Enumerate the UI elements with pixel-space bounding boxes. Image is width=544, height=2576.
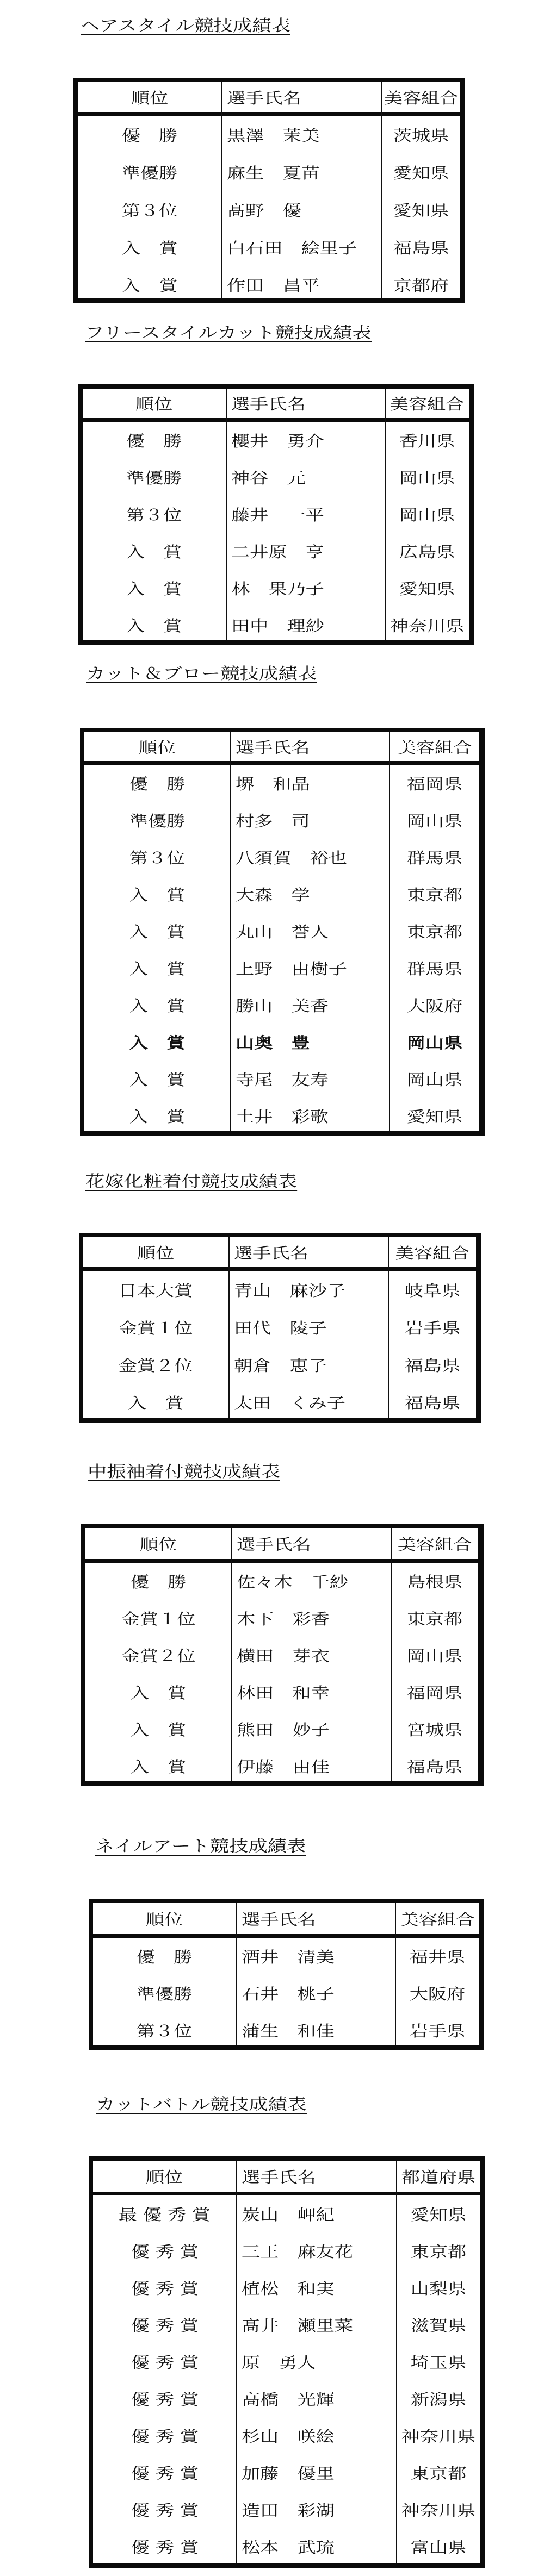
region-cell: 大阪府 [390,987,479,1024]
region-cell-text: 東京都 [407,1607,462,1629]
region-cell-text: 富山県 [411,2536,466,2558]
region-cell: 富山県 [397,2528,480,2565]
table-row: 準優勝村多 司岡山県 [84,802,479,839]
table-row: 入 賞太田 くみ子福島県 [83,1383,476,1421]
region-cell-text: 愛知県 [399,577,455,599]
rank-cell: 優 秀 賞 [93,2454,236,2491]
name-cell: 土井 彩歌 [231,1097,389,1134]
table-row: 入 賞田中 理紗神奈川県 [83,607,469,644]
rank-cell: 準優勝 [93,1975,236,2012]
region-cell-text: 大阪府 [407,994,462,1016]
region-cell: 島根県 [392,1563,478,1600]
column-divider [231,1528,232,1781]
region-cell: 愛知県 [382,153,460,191]
rank-header-text: 順位 [131,86,168,108]
name-header: 選手氏名 [222,82,381,112]
table-header-row: 順位選手氏名美容組合 [83,1237,476,1271]
rank-cell: 入 賞 [83,533,226,570]
section-title: カット＆ブロー競技成績表 [86,665,317,683]
name-cell-text: 原 勇人 [242,2351,316,2373]
rank-cell-text: 入 賞 [129,1105,185,1127]
table-row: 入 賞山奥 豊岡山県 [84,1024,479,1061]
region-cell-text: 福岡県 [407,1681,462,1703]
region-header: 都道府県 [397,2161,480,2192]
section-title: 中振袖着付競技成績表 [88,1463,280,1481]
column-divider [385,389,386,640]
table-row: 入 賞林田 和幸福岡県 [85,1674,478,1711]
rank-cell: 金賞２位 [83,1346,228,1383]
column-divider [236,1903,237,2045]
name-cell-text: 林田 和幸 [237,1681,330,1703]
region-header: 美容組合 [389,1237,476,1267]
rank-cell-text: 準優勝 [129,809,185,831]
table-row: 優 秀 賞杉山 咲絵神奈川県 [93,2417,480,2454]
region-cell: 神奈川県 [397,2417,480,2454]
table-row: 入 賞伊藤 由佳福島県 [85,1748,478,1785]
table-row: 日本大賞青山 麻沙子岐阜県 [83,1271,476,1308]
rank-cell-text: 入 賞 [131,1755,186,1777]
region-cell: 埼玉県 [397,2343,480,2380]
name-cell-text: 藤井 一平 [231,503,324,525]
rank-cell: 優 秀 賞 [93,2306,236,2343]
table-row: 優 勝佐々木 千紗島根県 [85,1563,478,1600]
rank-cell-text: 優 秀 賞 [131,2314,198,2336]
name-cell: 植松 和実 [237,2269,396,2306]
rank-cell: 優 秀 賞 [93,2269,236,2306]
name-cell-text: 櫻井 勇介 [231,429,324,451]
name-cell: 八須賀 裕也 [231,839,389,876]
rank-cell: 優 秀 賞 [93,2528,236,2565]
name-cell-text: 髙井 瀬里菜 [242,2314,353,2336]
section-title: カットバトル競技成績表 [96,2096,306,2114]
region-cell-text: 東京都 [407,920,462,942]
rank-cell-text: 優 秀 賞 [131,2462,198,2484]
table-row: 入 賞丸山 誉人東京都 [84,913,479,950]
name-cell: 佐々木 千紗 [232,1563,391,1600]
section-title: ネイルアート競技成績表 [95,1838,306,1856]
region-cell-text: 宮城県 [407,1718,462,1740]
rank-cell-text: 第３位 [122,199,177,221]
region-cell-text: 群馬県 [407,846,462,868]
region-header-text: 美容組合 [395,1242,470,1263]
name-cell: 原 勇人 [237,2343,396,2380]
table-header-row: 順位選手氏名都道府県 [93,2161,480,2195]
name-cell-text: 三王 麻友花 [242,2240,353,2262]
region-cell-text: 愛知県 [393,199,449,221]
name-header-text: 選手氏名 [234,1242,308,1263]
rank-cell: 入 賞 [85,1711,231,1748]
region-cell: 岡山県 [390,1061,479,1097]
rank-header: 順位 [84,732,230,761]
table-row: 金賞１位田代 陵子岩手県 [83,1308,476,1346]
region-cell: 愛知県 [390,1097,479,1134]
name-cell-text: 佐々木 千紗 [237,1570,348,1592]
region-cell-text: 岐阜県 [405,1279,460,1301]
region-cell-text: 福島県 [405,1392,460,1413]
name-cell-text: 熊田 妙子 [237,1718,330,1740]
results-table: 順位選手氏名都道府県最 優 秀 賞炭山 岬紀愛知県優 秀 賞三王 麻友花東京都優… [89,2156,485,2568]
table-row: 入 賞二井原 亨広島県 [83,533,469,570]
region-cell-text: 愛知県 [411,2203,466,2225]
table-row: 優 勝酒井 清美福井県 [93,1938,479,1975]
rank-cell-text: 金賞１位 [121,1607,196,1629]
table-row: 優 秀 賞加藤 優里東京都 [93,2454,480,2491]
column-divider [228,1237,230,1418]
table-row: 優 秀 賞植松 和実山梨県 [93,2269,480,2306]
region-cell: 福井県 [396,1938,479,1975]
name-cell-text: 堺 和晶 [236,772,310,794]
rank-header: 順位 [78,82,221,112]
region-cell: 東京都 [390,913,479,950]
column-divider [381,82,382,298]
rank-cell: 優 秀 賞 [93,2491,236,2528]
section-title-text: 花嫁化粧着付競技成績表 [85,1173,297,1191]
region-cell: 岡山県 [390,802,479,839]
name-cell-text: 髙野 優 [227,199,301,221]
name-cell-text: 高橋 光輝 [242,2388,335,2410]
region-cell-text: 新潟県 [411,2388,466,2410]
name-cell-text: 林 果乃子 [231,577,324,599]
name-cell: 朝倉 恵子 [230,1346,388,1383]
region-cell: 東京都 [397,2232,480,2269]
rank-cell: 準優勝 [78,153,221,191]
rank-cell-text: 準優勝 [137,1982,192,2004]
region-cell: 群馬県 [390,950,479,987]
name-cell: 高橋 光輝 [237,2380,396,2417]
region-cell-text: 岡山県 [407,1068,462,1090]
name-cell-text: 上野 由樹子 [236,957,347,979]
name-cell-text: 作田 昌平 [227,274,320,296]
region-cell-text: 神奈川県 [401,2425,476,2447]
rank-header: 順位 [93,2161,236,2192]
region-cell-text: 香川県 [399,429,455,451]
rank-cell: 入 賞 [83,1383,228,1421]
table-row: 優 勝黒澤 茉美茨城県 [78,116,460,153]
rank-cell-text: 入 賞 [122,274,177,296]
name-cell: 青山 麻沙子 [230,1271,388,1308]
name-cell: 寺尾 友寿 [231,1061,389,1097]
table-row: 準優勝神谷 元岡山県 [83,459,469,496]
region-cell-text: 福島県 [405,1354,460,1376]
name-header: 選手氏名 [237,2161,396,2192]
name-cell-text: 伊藤 由佳 [237,1755,330,1777]
rank-cell-text: 優 秀 賞 [131,2351,198,2373]
table-header-row: 順位選手氏名美容組合 [93,1903,479,1938]
column-divider [396,2161,397,2563]
table-row: 入 賞熊田 妙子宮城県 [85,1711,478,1748]
region-header: 美容組合 [392,1528,478,1559]
region-cell-text: 山梨県 [411,2277,466,2299]
rank-cell-text: 最 優 秀 賞 [119,2203,211,2225]
region-cell-text: 群馬県 [407,957,462,979]
table-row: 入 賞白石田 絵里子福島県 [78,228,460,266]
results-table: 順位選手氏名美容組合優 勝櫻井 勇介香川県準優勝神谷 元岡山県第３位藤井 一平岡… [78,384,474,645]
region-cell: 岩手県 [389,1308,476,1346]
name-cell-text: 大森 学 [236,883,310,905]
name-cell-text: 植松 和実 [242,2277,335,2299]
region-header-text: 美容組合 [390,392,465,414]
rank-cell: 金賞１位 [85,1600,231,1637]
rank-cell-text: 入 賞 [129,883,185,905]
name-cell: 杉山 咲絵 [237,2417,396,2454]
section-title: フリースタイルカット競技成績表 [85,325,371,342]
rank-cell-text: 優 勝 [122,124,177,146]
region-header-text: 美容組合 [398,1533,472,1555]
name-header-text: 選手氏名 [231,392,306,414]
table-row: 第３位蒲生 和佳岩手県 [93,2012,479,2049]
rank-cell-text: 金賞２位 [119,1354,193,1376]
name-cell: 加藤 優里 [237,2454,396,2491]
rank-cell: 入 賞 [84,913,230,950]
name-header-text: 選手氏名 [242,2166,316,2187]
rank-cell-text: 入 賞 [128,1392,183,1413]
name-cell: 伊藤 由佳 [232,1748,391,1785]
table-row: 入 賞上野 由樹子群馬県 [84,950,479,987]
rank-cell-text: 優 勝 [137,1945,192,1967]
rank-cell-text: 優 秀 賞 [131,2536,198,2558]
rank-cell: 優 秀 賞 [93,2417,236,2454]
rank-cell: 入 賞 [85,1674,231,1711]
region-cell: 東京都 [390,876,479,913]
rank-cell: 入 賞 [84,1061,230,1097]
name-cell: 横田 芽衣 [232,1637,391,1674]
name-header-text: 選手氏名 [227,86,301,108]
name-header: 選手氏名 [227,389,385,418]
rank-cell-text: 金賞２位 [121,1644,196,1666]
rank-cell-text: 金賞１位 [119,1317,193,1338]
table-row: 準優勝石井 桃子大阪府 [93,1975,479,2012]
table-row: 優 秀 賞高橋 光輝新潟県 [93,2380,480,2417]
rank-cell: 優 勝 [84,765,230,802]
region-cell: 福島県 [392,1748,478,1785]
rank-cell: 日本大賞 [83,1271,228,1308]
rank-cell: 金賞２位 [85,1637,231,1674]
name-cell-text: 寺尾 友寿 [236,1068,329,1090]
section-title-text: ネイルアート競技成績表 [95,1838,306,1856]
name-header-text: 選手氏名 [237,1533,311,1555]
table-row: 優 秀 賞造田 彩湖神奈川県 [93,2491,480,2528]
name-cell: 田代 陵子 [230,1308,388,1346]
table-row: 優 秀 賞松本 武琉富山県 [93,2528,480,2565]
column-divider [226,389,227,640]
name-cell-text: 朝倉 恵子 [234,1354,327,1376]
rank-cell: 優 秀 賞 [93,2380,236,2417]
name-cell-text: 丸山 誉人 [236,920,329,942]
rank-header: 順位 [83,389,226,418]
rank-cell-text: 入 賞 [129,957,185,979]
rank-cell-text: 第３位 [129,846,185,868]
table-header-row: 順位選手氏名美容組合 [78,82,460,116]
name-cell-text: 横田 芽衣 [237,1644,330,1666]
rank-cell-text: 優 秀 賞 [131,2499,198,2521]
region-cell: 福島県 [389,1383,476,1421]
section-title-text: ヘアスタイル競技成績表 [81,17,290,35]
rank-cell-text: 準優勝 [122,161,177,183]
region-header: 美容組合 [382,82,460,112]
table-row: 優 秀 賞原 勇人埼玉県 [93,2343,480,2380]
region-header: 美容組合 [390,732,479,761]
region-cell-text: 愛知県 [407,1105,462,1127]
name-cell: 藤井 一平 [227,496,385,533]
table-row: 第３位八須賀 裕也群馬県 [84,839,479,876]
rank-cell: 優 勝 [93,1938,236,1975]
region-cell: 愛知県 [382,191,460,228]
region-cell: 山梨県 [397,2269,480,2306]
region-cell-text: 京都府 [393,274,449,296]
rank-cell-text: 第３位 [126,503,182,525]
rank-cell: 準優勝 [83,459,226,496]
rank-cell: 第３位 [84,839,230,876]
rank-cell: 入 賞 [84,1024,230,1061]
name-cell-text: 麻生 夏苗 [227,161,320,183]
rank-header: 順位 [93,1903,236,1934]
region-cell-text: 岡山県 [407,1031,462,1053]
name-cell: 丸山 誉人 [231,913,389,950]
table-row: 金賞１位木下 彩香東京都 [85,1600,478,1637]
region-cell: 東京都 [392,1600,478,1637]
region-cell: 宮城県 [392,1711,478,1748]
name-cell-text: 神谷 元 [231,466,306,488]
section-title-text: カットバトル競技成績表 [96,2096,306,2114]
rank-cell-text: 入 賞 [129,1031,185,1053]
name-cell-text: 杉山 咲絵 [242,2425,335,2447]
rank-header: 順位 [83,1237,228,1267]
table-header-row: 順位選手氏名美容組合 [85,1528,478,1563]
region-cell: 福島県 [382,228,460,266]
name-cell: 二井原 亨 [227,533,385,570]
section-title: 花嫁化粧着付競技成績表 [85,1173,297,1191]
results-table: 順位選手氏名美容組合優 勝酒井 清美福井県準優勝石井 桃子大阪府第３位蒲生 和佳… [89,1899,484,2050]
region-header-text: 都道府県 [401,2166,476,2187]
rank-cell-text: 入 賞 [131,1681,186,1703]
rank-header-text: 順位 [135,392,172,414]
results-table: 順位選手氏名美容組合優 勝黒澤 茉美茨城県準優勝麻生 夏苗愛知県第３位髙野 優愛… [73,78,465,303]
name-cell-text: 白石田 絵里子 [227,236,357,258]
region-cell: 東京都 [397,2454,480,2491]
name-cell: 髙野 優 [222,191,381,228]
rank-cell: 入 賞 [78,228,221,266]
region-cell: 神奈川県 [397,2491,480,2528]
rank-cell-text: 優 秀 賞 [131,2277,198,2299]
rank-cell-text: 入 賞 [131,1718,186,1740]
name-cell-text: 田代 陵子 [234,1317,327,1338]
name-cell: 炭山 岬紀 [237,2195,396,2232]
name-cell-text: 八須賀 裕也 [236,846,347,868]
region-cell: 岡山県 [392,1637,478,1674]
section-title-text: フリースタイルカット競技成績表 [85,325,371,342]
region-cell: 福島県 [389,1346,476,1383]
name-header: 選手氏名 [232,1528,391,1559]
region-cell-text: 岡山県 [407,1644,462,1666]
rank-header-text: 順位 [139,736,176,758]
name-cell-text: 黒澤 茉美 [227,124,320,146]
rank-cell: 準優勝 [84,802,230,839]
table-row: 優 勝堺 和晶福岡県 [84,765,479,802]
region-cell-text: 福岡県 [407,772,462,794]
name-cell: 作田 昌平 [222,266,381,303]
rank-cell-text: 入 賞 [126,614,182,636]
table-row: 入 賞大森 学東京都 [84,876,479,913]
column-divider [230,732,231,1131]
region-cell-text: 福島県 [407,1755,462,1777]
rank-cell: 入 賞 [84,950,230,987]
name-cell: 髙井 瀬里菜 [237,2306,396,2343]
name-cell-text: 勝山 美香 [236,994,329,1016]
region-cell-text: 岡山県 [399,466,455,488]
table-row: 優 勝櫻井 勇介香川県 [83,422,469,459]
region-header-text: 美容組合 [384,86,459,108]
region-header-text: 美容組合 [398,736,472,758]
name-cell-text: 村多 司 [236,809,310,831]
region-cell-text: 神奈川県 [401,2499,476,2521]
name-cell-text: 山奥 豊 [236,1031,310,1053]
rank-cell: 優 勝 [83,422,226,459]
name-cell-text: 田中 理紗 [231,614,324,636]
name-header: 選手氏名 [230,1237,388,1267]
region-cell: 滋賀県 [397,2306,480,2343]
table-row: 金賞２位朝倉 恵子福島県 [83,1346,476,1383]
name-cell-text: 炭山 岬紀 [242,2203,335,2225]
rank-cell: 優 秀 賞 [93,2343,236,2380]
region-cell: 群馬県 [390,839,479,876]
table-row: 第３位藤井 一平岡山県 [83,496,469,533]
column-divider [236,2161,237,2563]
rank-cell-text: 優 勝 [126,429,182,451]
region-cell-text: 茨城県 [393,124,449,146]
rank-cell: 入 賞 [84,1097,230,1134]
rank-cell-text: 入 賞 [126,577,182,599]
column-divider [388,1237,389,1418]
name-cell: 太田 くみ子 [230,1383,388,1421]
rank-header-text: 順位 [137,1242,174,1263]
region-cell: 岩手県 [396,2012,479,2049]
name-cell: 勝山 美香 [231,987,389,1024]
rank-cell-text: 入 賞 [129,920,185,942]
region-cell-text: 岩手県 [410,2019,465,2041]
section-title-text: カット＆ブロー競技成績表 [86,665,317,683]
table-row: 入 賞寺尾 友寿岡山県 [84,1061,479,1097]
name-cell: 櫻井 勇介 [227,422,385,459]
table-row: 入 賞勝山 美香大阪府 [84,987,479,1024]
region-cell-text: 島根県 [407,1570,462,1592]
region-cell: 愛知県 [397,2195,480,2232]
name-header-text: 選手氏名 [242,1908,316,1930]
name-cell: 白石田 絵里子 [222,228,381,266]
name-cell-text: 太田 くみ子 [234,1392,345,1413]
region-cell-text: 神奈川県 [390,614,465,636]
column-divider [389,732,390,1131]
name-cell-text: 石井 桃子 [242,1982,335,2004]
section-title: ヘアスタイル競技成績表 [81,17,290,35]
table-row: 入 賞土井 彩歌愛知県 [84,1097,479,1134]
region-cell-text: 愛知県 [393,161,449,183]
rank-cell: 入 賞 [85,1748,231,1785]
results-table: 順位選手氏名美容組合優 勝佐々木 千紗島根県金賞１位木下 彩香東京都金賞２位横田… [81,1524,484,1786]
column-divider [391,1528,392,1781]
name-cell: 大森 学 [231,876,389,913]
region-cell-text: 岡山県 [399,503,455,525]
region-cell-text: 岡山県 [407,809,462,831]
rank-cell-text: 優 秀 賞 [131,2388,198,2410]
name-cell-text: 木下 彩香 [237,1607,330,1629]
table-row: 優 秀 賞三王 麻友花東京都 [93,2232,480,2269]
name-cell-text: 蒲生 和佳 [242,2019,335,2041]
name-cell-text: 二井原 亨 [231,540,324,562]
name-cell: 蒲生 和佳 [237,2012,395,2049]
region-cell-text: 福島県 [393,236,449,258]
region-cell: 香川県 [386,422,469,459]
name-cell: 熊田 妙子 [232,1711,391,1748]
